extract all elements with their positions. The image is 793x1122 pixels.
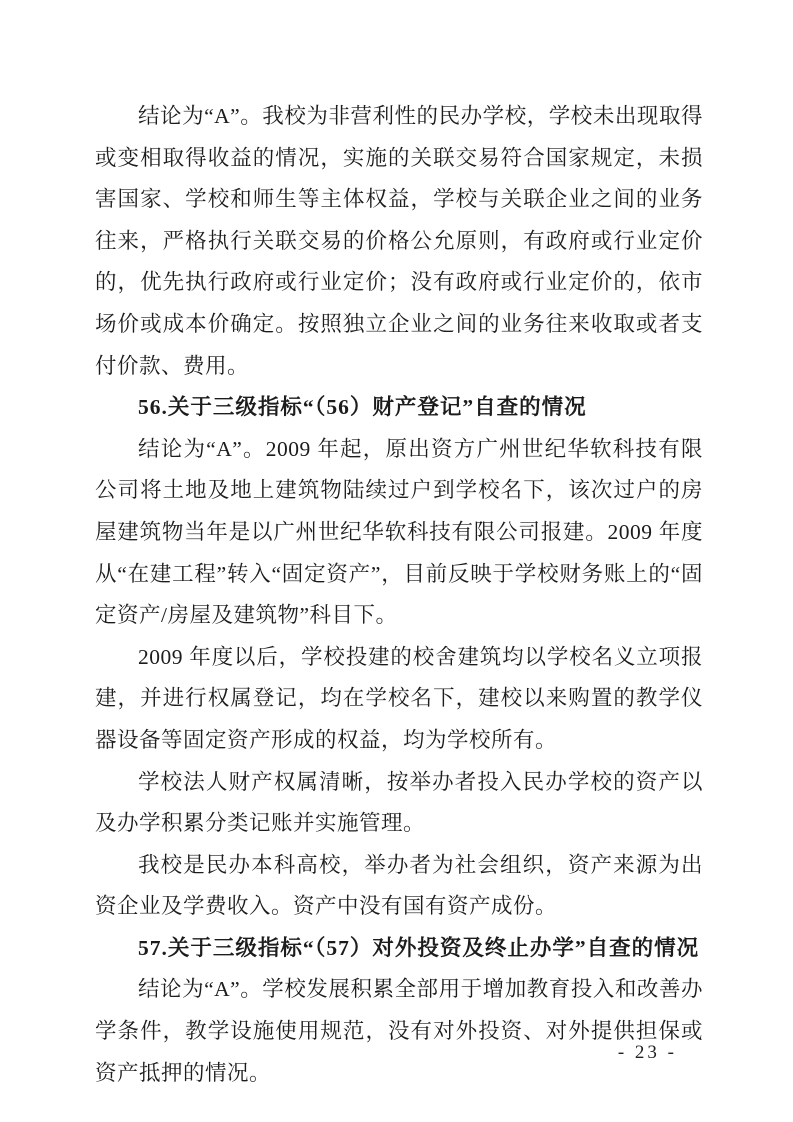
paragraph-property-registration-3: 学校法人财产权属清晰，按举办者投入民办学校的资产以及办学积累分类记账并实施管理。: [95, 762, 703, 845]
paragraph-property-registration-1: 结论为“A”。2009 年起，原出资方广州世纪华软科技有限公司将土地及地上建筑物…: [95, 429, 703, 637]
section-heading-57: 57.关于三级指标“（57）对外投资及终止办学”自查的情况: [95, 928, 703, 970]
paragraph-property-registration-2: 2009 年度以后，学校投建的校舍建筑均以学校名义立项报建，并进行权属登记，均在…: [95, 637, 703, 762]
document-page: 结论为“A”。我校为非营利性的民办学校，学校未出现取得或变相取得收益的情况，实施…: [0, 0, 793, 1122]
paragraph-external-investment: 结论为“A”。学校发展积累全部用于增加教育投入和改善办学条件，教学设施使用规范，…: [95, 969, 703, 1094]
page-number: - 23 -: [618, 1042, 677, 1064]
paragraph-property-registration-4: 我校是民办本科高校，举办者为社会组织，资产来源为出资企业及学费收入。资产中没有国…: [95, 845, 703, 928]
section-heading-56: 56.关于三级指标“（56）财产登记”自查的情况: [95, 387, 703, 429]
paragraph-related-transactions: 结论为“A”。我校为非营利性的民办学校，学校未出现取得或变相取得收益的情况，实施…: [95, 96, 703, 387]
document-body: 结论为“A”。我校为非营利性的民办学校，学校未出现取得或变相取得收益的情况，实施…: [95, 96, 703, 1094]
